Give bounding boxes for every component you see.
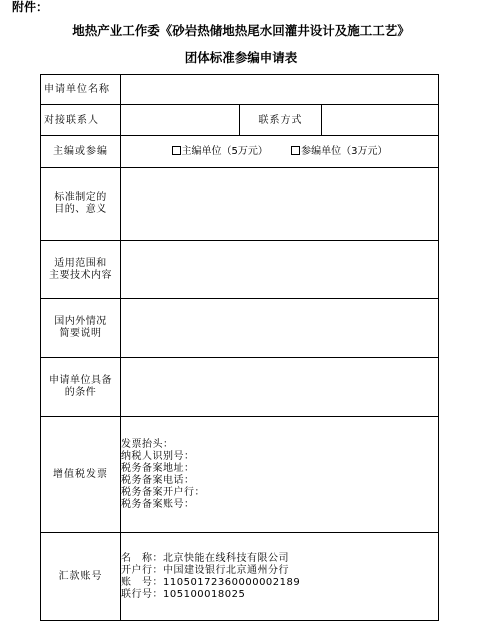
contact-person-label: 对接联系人 [41,105,121,136]
checkbox-icon[interactable] [291,146,300,155]
vat-invoice-label: 增值税发票 [41,417,121,533]
domestic-foreign-label: 国内外情况 简要说明 [41,299,121,358]
option-co-editor[interactable]: 参编单位（3万元） [291,144,387,159]
tax-address-field: 税务备案地址： [121,463,438,475]
conditions-field[interactable] [121,358,439,417]
option-chief-editor-label: 主编单位（5万元） [182,146,268,157]
tax-bank-field: 税务备案开户行： [121,487,438,499]
contact-method-field[interactable] [322,105,439,136]
document-title: 地热产业工作委《砂岩热储地热尾水回灌井设计及施工工艺》 [0,23,482,39]
row-purpose: 标准制定的 目的、意义 [41,168,439,241]
row-applicant-name: 申请单位名称 [41,75,439,105]
tax-phone-field: 税务备案电话： [121,475,438,487]
remittance-label: 汇款账号 [41,533,121,621]
application-form-table: 申请单位名称 对接联系人 联系方式 主编或参编 主编单位（5万元） 参编单位（3… [40,74,439,621]
row-scope: 适用范围和 主要技术内容 [41,241,439,299]
invoice-title-field: 发票抬头： [121,439,438,451]
taxpayer-id-field: 纳税人识别号： [121,451,438,463]
document-subtitle: 团体标准参编申请表 [0,50,482,66]
checkbox-icon[interactable] [172,146,181,155]
role-label: 主编或参编 [41,136,121,168]
account-name: 名 称：北京快能在线科技有限公司 [121,553,438,565]
row-contact: 对接联系人 联系方式 [41,105,439,136]
contact-method-label: 联系方式 [240,105,322,136]
bank-code: 联行号：105100018025 [121,589,438,601]
applicant-name-label: 申请单位名称 [41,75,121,105]
vat-invoice-field[interactable]: 发票抬头： 纳税人识别号： 税务备案地址： 税务备案电话： 税务备案开户行： 税… [121,417,439,533]
scope-label: 适用范围和 主要技术内容 [41,241,121,299]
purpose-label: 标准制定的 目的、意义 [41,168,121,241]
row-conditions: 申请单位具备 的条件 [41,358,439,417]
option-chief-editor[interactable]: 主编单位（5万元） [172,144,268,159]
conditions-label: 申请单位具备 的条件 [41,358,121,417]
account-bank: 开户行：中国建设银行北京通州分行 [121,565,438,577]
account-number: 账 号：11050172360000002189 [121,577,438,589]
scope-field[interactable] [121,241,439,299]
row-vat-invoice: 增值税发票 发票抬头： 纳税人识别号： 税务备案地址： 税务备案电话： 税务备案… [41,417,439,533]
attachment-label: 附件： [12,0,48,14]
row-domestic-foreign: 国内外情况 简要说明 [41,299,439,358]
remittance-info: 名 称：北京快能在线科技有限公司 开户行：中国建设银行北京通州分行 账 号：11… [121,533,439,621]
contact-person-field[interactable] [121,105,240,136]
applicant-name-field[interactable] [121,75,439,105]
tax-account-field: 税务备案账号： [121,499,438,511]
option-co-editor-label: 参编单位（3万元） [301,146,387,157]
row-remittance: 汇款账号 名 称：北京快能在线科技有限公司 开户行：中国建设银行北京通州分行 账… [41,533,439,621]
purpose-field[interactable] [121,168,439,241]
domestic-foreign-field[interactable] [121,299,439,358]
row-role: 主编或参编 主编单位（5万元） 参编单位（3万元） [41,136,439,168]
role-options: 主编单位（5万元） 参编单位（3万元） [121,136,439,168]
